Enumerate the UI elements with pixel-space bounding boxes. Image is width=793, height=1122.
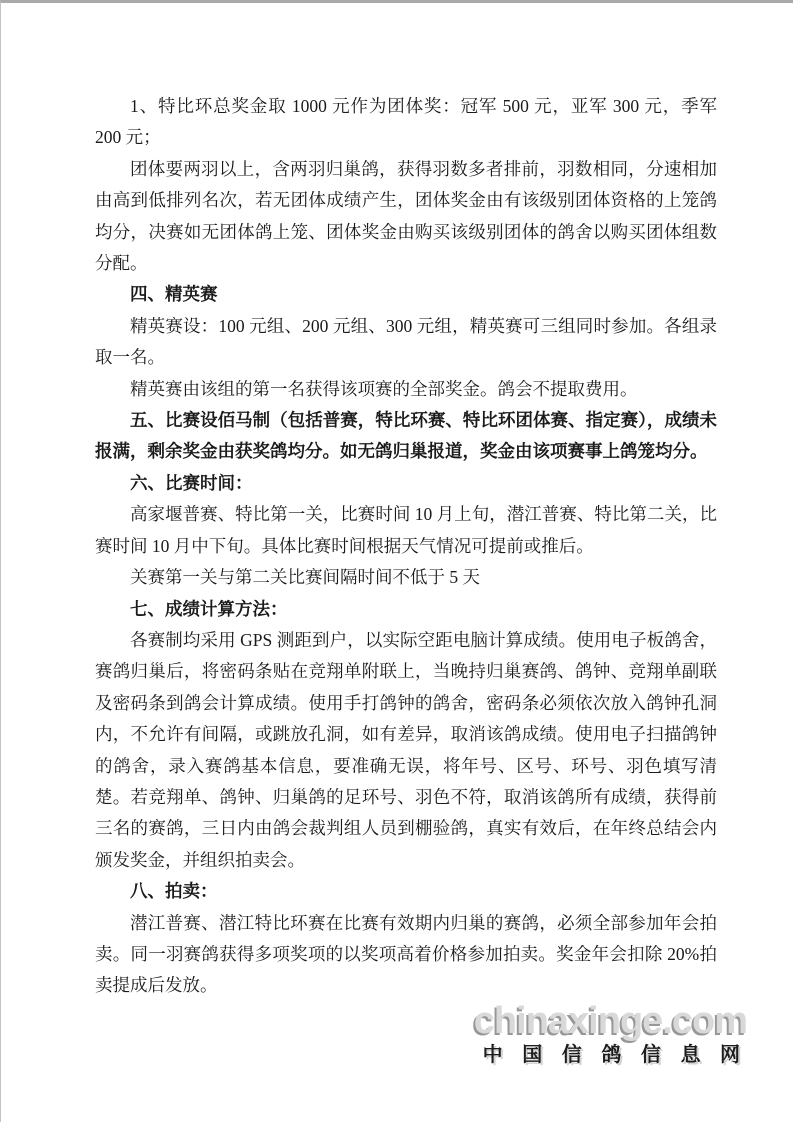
document-page: 1、特比环总奖金取 1000 元作为团体奖：冠军 500 元，亚军 300 元，… <box>0 0 793 1122</box>
paragraph-team-prize: 1、特比环总奖金取 1000 元作为团体奖：冠军 500 元，亚军 300 元，… <box>95 91 717 154</box>
heading-section-4-elite: 四、精英赛 <box>95 279 717 310</box>
paragraph-race-interval: 关赛第一关与第二关比赛间隔时间不低于 5 天 <box>95 562 717 593</box>
paragraph-auction-rules: 潜江普赛、潜江特比环赛在比赛有效期内归巢的赛鸽，必须全部参加年会拍卖。同一羽赛鸽… <box>95 908 717 1002</box>
heading-section-6-time: 六、比赛时间： <box>95 468 717 499</box>
paragraph-scoring-method: 各赛制均采用 GPS 测距到户，以实际空距电脑计算成绩。使用电子板鸽舍，赛鸽归巢… <box>95 625 717 876</box>
paragraph-elite-prize: 精英赛由该组的第一名获得该项赛的全部奖金。鸽会不提取费用。 <box>95 374 717 405</box>
watermark-site-name: 中 国 信 鸽 信 息 网 <box>469 1043 747 1067</box>
heading-section-8-auction: 八、拍卖： <box>95 876 717 907</box>
paragraph-team-rules: 团体要两羽以上，含两羽归巢鸽，获得羽数多者排前，羽数相同，分速相加由高到低排列名… <box>95 154 717 280</box>
paragraph-race-schedule: 高家堰普赛、特比第一关，比赛时间 10 月上旬，潜江普赛、特比第二关，比赛时间 … <box>95 499 717 562</box>
paragraph-section-5-baima: 五、比赛设佰马制（包括普赛，特比环赛、特比环团体赛、指定赛），成绩未报满，剩余奖… <box>95 405 717 468</box>
chinaxinge-logo: chinaxinge.com <box>469 1001 747 1041</box>
watermark: chinaxinge.com 中 国 信 鸽 信 息 网 <box>469 1001 747 1067</box>
heading-section-7-scoring: 七、成绩计算方法： <box>95 594 717 625</box>
paragraph-elite-groups: 精英赛设：100 元组、200 元组、300 元组，精英赛可三组同时参加。各组录… <box>95 311 717 374</box>
document-body: 1、特比环总奖金取 1000 元作为团体奖：冠军 500 元，亚军 300 元，… <box>95 91 717 1002</box>
